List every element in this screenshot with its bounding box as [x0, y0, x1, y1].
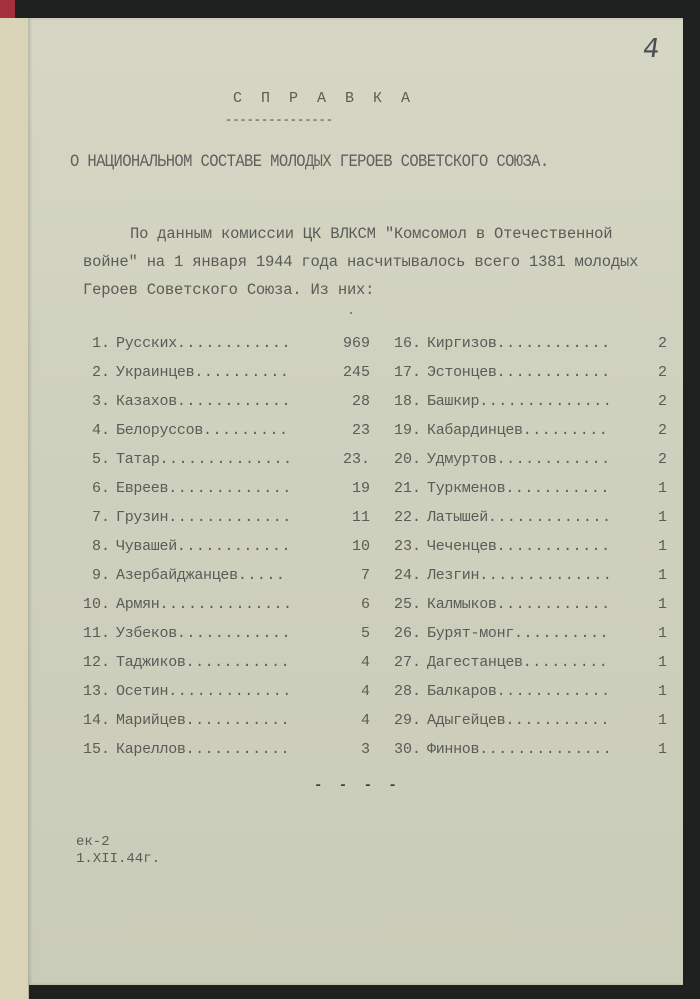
- nationality-name: Кареллов: [116, 741, 186, 758]
- list-item: 3.Казахов............28: [80, 393, 370, 422]
- list-item: 4.Белоруссов.........23: [80, 422, 370, 451]
- list-item: 25.Калмыков............1: [391, 596, 691, 625]
- item-name-with-leader: Белоруссов.........: [116, 422, 289, 439]
- dot-leader: .............: [168, 683, 292, 700]
- hero-count: 19: [320, 480, 370, 497]
- list-item: 20.Удмуртов............2: [391, 451, 691, 480]
- list-item: 12.Таджиков...........4: [80, 654, 370, 683]
- item-name-with-leader: Русских............: [116, 335, 291, 352]
- nationality-name: Чувашей: [116, 538, 177, 555]
- paragraph-line-1: По данным комиссии ЦК ВЛКСМ "Комсомол в …: [83, 220, 683, 248]
- item-number: 14.: [80, 712, 110, 729]
- nationality-name: Туркменов: [427, 480, 505, 497]
- item-name-with-leader: Азербайджанцев.....: [116, 567, 285, 584]
- hero-count: 23: [320, 422, 370, 439]
- item-number: 29.: [391, 712, 421, 729]
- list-item: 8.Чувашей............10: [80, 538, 370, 567]
- nationality-name: Удмуртов: [427, 451, 497, 468]
- nationality-name: Таджиков: [116, 654, 186, 671]
- nationality-name: Чеченцев: [427, 538, 497, 555]
- list-item: 1.Русских............969: [80, 335, 370, 364]
- hero-count: 4: [320, 712, 370, 729]
- list-item: 6.Евреев.............19: [80, 480, 370, 509]
- list-item: 7.Грузин.............11: [80, 509, 370, 538]
- item-number: 3.: [80, 393, 110, 410]
- nationality-name: Киргизов: [427, 335, 497, 352]
- list-item: 24.Лезгин..............1: [391, 567, 691, 596]
- dot-leader: ............: [177, 538, 291, 555]
- paragraph-line-3: Героев Советского Союза. Из них:: [83, 276, 683, 304]
- list-item: 16.Киргизов............2: [391, 335, 691, 364]
- dot-leader: ............: [497, 596, 611, 613]
- list-item: 26.Бурят-монг..........1: [391, 625, 691, 654]
- item-number: 25.: [391, 596, 421, 613]
- dot-leader: ..........: [514, 625, 609, 642]
- footer-reference: ек-2 1.XII.44г.: [76, 834, 160, 868]
- item-name-with-leader: Евреев.............: [116, 480, 292, 497]
- dot-leader: ..............: [160, 596, 293, 613]
- dot-leader: .............: [488, 509, 612, 526]
- nationality-name: Грузин: [116, 509, 168, 526]
- hero-count: 6: [320, 596, 370, 613]
- footer-copy-code: ек-2: [76, 834, 160, 851]
- dot-leader: ............: [177, 393, 291, 410]
- item-number: 8.: [80, 538, 110, 555]
- list-item: 29.Адыгейцев...........1: [391, 712, 691, 741]
- dot-leader: ...........: [186, 741, 291, 758]
- list-item: 15.Кареллов...........3: [80, 741, 370, 770]
- nationality-name: Эстонцев: [427, 364, 497, 381]
- nationality-name: Марийцев: [116, 712, 186, 729]
- item-name-with-leader: Финнов..............: [427, 741, 612, 758]
- item-name-with-leader: Туркменов...........: [427, 480, 610, 497]
- item-name-with-leader: Лезгин..............: [427, 567, 612, 584]
- title-underline: ---------------: [225, 113, 333, 127]
- dot-leader: ...........: [186, 712, 291, 729]
- item-name-with-leader: Грузин.............: [116, 509, 292, 526]
- list-item: 10.Армян..............6: [80, 596, 370, 625]
- item-name-with-leader: Калмыков............: [427, 596, 611, 613]
- item-number: 26.: [391, 625, 421, 642]
- nationality-name: Евреев: [116, 480, 168, 497]
- nationality-name: Татар: [116, 451, 160, 468]
- nationality-name: Узбеков: [116, 625, 177, 642]
- list-item: 11.Узбеков............5: [80, 625, 370, 654]
- dot-leader: ..............: [479, 393, 612, 410]
- item-number: 15.: [80, 741, 110, 758]
- hero-count: 1: [617, 480, 667, 497]
- item-name-with-leader: Балкаров............: [427, 683, 611, 700]
- item-name-with-leader: Дагестанцев.........: [427, 654, 608, 671]
- list-item: 22.Латышей.............1: [391, 509, 691, 538]
- nationality-name: Армян: [116, 596, 160, 613]
- nationality-name: Кабардинцев: [427, 422, 523, 439]
- item-number: 13.: [80, 683, 110, 700]
- nationality-list-left: 1.Русских............9692.Украинцев.....…: [80, 335, 370, 770]
- hero-count: 4: [320, 654, 370, 671]
- item-name-with-leader: Латышей.............: [427, 509, 611, 526]
- item-number: 11.: [80, 625, 110, 642]
- paragraph-line-2: войне" на 1 января 1944 года насчитывало…: [83, 248, 683, 276]
- dot-leader: ............: [177, 335, 291, 352]
- item-number: 22.: [391, 509, 421, 526]
- item-name-with-leader: Удмуртов............: [427, 451, 611, 468]
- item-number: 17.: [391, 364, 421, 381]
- dot-leader: ...........: [505, 480, 610, 497]
- hero-count: 1: [617, 654, 667, 671]
- item-name-with-leader: Кабардинцев.........: [427, 422, 608, 439]
- list-item: 17.Эстонцев............2: [391, 364, 691, 393]
- item-number: 21.: [391, 480, 421, 497]
- item-number: 27.: [391, 654, 421, 671]
- nationality-name: Украинцев: [116, 364, 194, 381]
- hero-count: 11: [320, 509, 370, 526]
- footer-date: 1.XII.44г.: [76, 851, 160, 868]
- item-number: 18.: [391, 393, 421, 410]
- dot-leader: ............: [497, 335, 611, 352]
- list-item: 28.Балкаров............1: [391, 683, 691, 712]
- hero-count: 1: [617, 538, 667, 555]
- hero-count: 245: [320, 364, 370, 381]
- hero-count: 1: [617, 509, 667, 526]
- binding-corner: [0, 0, 15, 18]
- handwritten-page-number: 4: [641, 34, 662, 64]
- nationality-name: Адыгейцев: [427, 712, 505, 729]
- dot-leader: ...........: [505, 712, 610, 729]
- hero-count: 969: [320, 335, 370, 352]
- dot-leader: ..............: [479, 567, 612, 584]
- item-name-with-leader: Украинцев..........: [116, 364, 289, 381]
- document-title: С П Р А В К А: [233, 90, 415, 107]
- dot-leader: .............: [168, 480, 292, 497]
- list-item: 14.Марийцев...........4: [80, 712, 370, 741]
- underlying-page-edge: [0, 18, 29, 999]
- nationality-name: Латышей: [427, 509, 488, 526]
- nationality-name: Белоруссов: [116, 422, 203, 439]
- hero-count: 1: [617, 567, 667, 584]
- item-number: 30.: [391, 741, 421, 758]
- hero-count: 3: [320, 741, 370, 758]
- hero-count: 1: [617, 683, 667, 700]
- item-name-with-leader: Бурят-монг..........: [427, 625, 609, 642]
- nationality-name: Лезгин: [427, 567, 479, 584]
- end-mark: - - - -: [314, 778, 401, 794]
- item-number: 4.: [80, 422, 110, 439]
- list-item: 9.Азербайджанцев.....7: [80, 567, 370, 596]
- nationality-name: Осетин: [116, 683, 168, 700]
- item-number: 2.: [80, 364, 110, 381]
- nationality-name: Финнов: [427, 741, 479, 758]
- hero-count: 4: [320, 683, 370, 700]
- item-number: 23.: [391, 538, 421, 555]
- list-item: 21.Туркменов...........1: [391, 480, 691, 509]
- nationality-name: Казахов: [116, 393, 177, 410]
- list-item: 13.Осетин.............4: [80, 683, 370, 712]
- item-number: 16.: [391, 335, 421, 352]
- nationality-name: Русских: [116, 335, 177, 352]
- dot-leader: ............: [497, 451, 611, 468]
- item-name-with-leader: Кареллов...........: [116, 741, 290, 758]
- nationality-name: Бурят-монг: [427, 625, 514, 642]
- hero-count: 1: [617, 625, 667, 642]
- dot-leader: ..............: [160, 451, 293, 468]
- list-item: 5.Татар..............23.: [80, 451, 370, 480]
- item-name-with-leader: Узбеков............: [116, 625, 291, 642]
- list-item: 23.Чеченцев............1: [391, 538, 691, 567]
- hero-count: 10: [320, 538, 370, 555]
- document-subtitle: О НАЦИОНАЛЬНОМ СОСТАВЕ МОЛОДЫХ ГЕРОЕВ СО…: [70, 151, 549, 172]
- item-name-with-leader: Осетин.............: [116, 683, 292, 700]
- dot-leader: ..........: [194, 364, 289, 381]
- dot-leader: ............: [497, 683, 611, 700]
- item-name-with-leader: Казахов............: [116, 393, 291, 410]
- item-name-with-leader: Чеченцев............: [427, 538, 611, 555]
- hero-count: 2: [617, 422, 667, 439]
- dot-leader: ............: [497, 364, 611, 381]
- hero-count: 1: [617, 596, 667, 613]
- hero-count: 28: [320, 393, 370, 410]
- item-number: 5.: [80, 451, 110, 468]
- intro-paragraph: По данным комиссии ЦК ВЛКСМ "Комсомол в …: [83, 220, 683, 304]
- hero-count: 5: [320, 625, 370, 642]
- item-number: 28.: [391, 683, 421, 700]
- item-number: 1.: [80, 335, 110, 352]
- item-name-with-leader: Эстонцев............: [427, 364, 611, 381]
- nationality-name: Калмыков: [427, 596, 497, 613]
- item-name-with-leader: Башкир..............: [427, 393, 612, 410]
- item-name-with-leader: Армян..............: [116, 596, 293, 613]
- dot-leader: .............: [168, 509, 292, 526]
- item-name-with-leader: Таджиков...........: [116, 654, 290, 671]
- item-number: 20.: [391, 451, 421, 468]
- dot-leader: ............: [177, 625, 291, 642]
- item-name-with-leader: Киргизов............: [427, 335, 611, 352]
- stray-mark: [350, 312, 352, 314]
- item-number: 12.: [80, 654, 110, 671]
- document-page: 4 С П Р А В К А --------------- О НАЦИОН…: [28, 18, 683, 985]
- nationality-name: Балкаров: [427, 683, 497, 700]
- nationality-name: Азербайджанцев: [116, 567, 238, 584]
- hero-count: 23.: [320, 451, 370, 468]
- hero-count: 2: [617, 451, 667, 468]
- hero-count: 7: [320, 567, 370, 584]
- hero-count: 2: [617, 364, 667, 381]
- dot-leader: .........: [523, 422, 609, 439]
- hero-count: 1: [617, 741, 667, 758]
- list-item: 2.Украинцев..........245: [80, 364, 370, 393]
- item-name-with-leader: Татар..............: [116, 451, 293, 468]
- list-item: 18.Башкир..............2: [391, 393, 691, 422]
- list-item: 19.Кабардинцев.........2: [391, 422, 691, 451]
- item-name-with-leader: Чувашей............: [116, 538, 291, 555]
- dot-leader: .........: [203, 422, 289, 439]
- nationality-name: Дагестанцев: [427, 654, 523, 671]
- hero-count: 1: [617, 712, 667, 729]
- nationality-list-right: 16.Киргизов............217.Эстонцев.....…: [391, 335, 691, 770]
- item-number: 24.: [391, 567, 421, 584]
- list-item: 30.Финнов..............1: [391, 741, 691, 770]
- item-name-with-leader: Марийцев...........: [116, 712, 290, 729]
- hero-count: 2: [617, 335, 667, 352]
- list-item: 27.Дагестанцев.........1: [391, 654, 691, 683]
- dot-leader: ............: [497, 538, 611, 555]
- item-name-with-leader: Адыгейцев...........: [427, 712, 610, 729]
- nationality-name: Башкир: [427, 393, 479, 410]
- item-number: 6.: [80, 480, 110, 497]
- dot-leader: .....: [238, 567, 286, 584]
- item-number: 9.: [80, 567, 110, 584]
- dot-leader: ...........: [186, 654, 291, 671]
- item-number: 7.: [80, 509, 110, 526]
- dot-leader: .........: [523, 654, 609, 671]
- hero-count: 2: [617, 393, 667, 410]
- item-number: 19.: [391, 422, 421, 439]
- dot-leader: ..............: [479, 741, 612, 758]
- item-number: 10.: [80, 596, 110, 613]
